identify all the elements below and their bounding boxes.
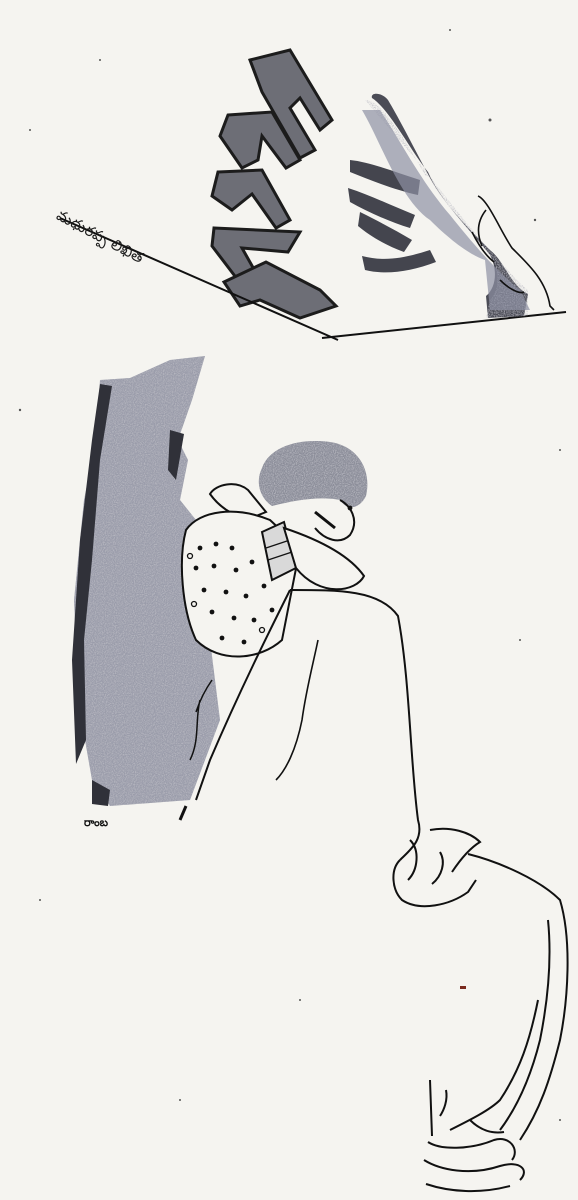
title-block: [212, 50, 336, 318]
hand-rule: [322, 312, 566, 338]
grasping-hand: [348, 94, 530, 318]
flowing-saree: [393, 829, 567, 1191]
ink-speck: [460, 986, 466, 989]
artist-signature: రాంబ: [84, 816, 108, 832]
seated-woman: [180, 441, 419, 860]
illustration-page: మధురప్ప లిఖిత రాంబ కన్నెచెర: [0, 0, 578, 1200]
illustration-artwork: [0, 0, 578, 1200]
